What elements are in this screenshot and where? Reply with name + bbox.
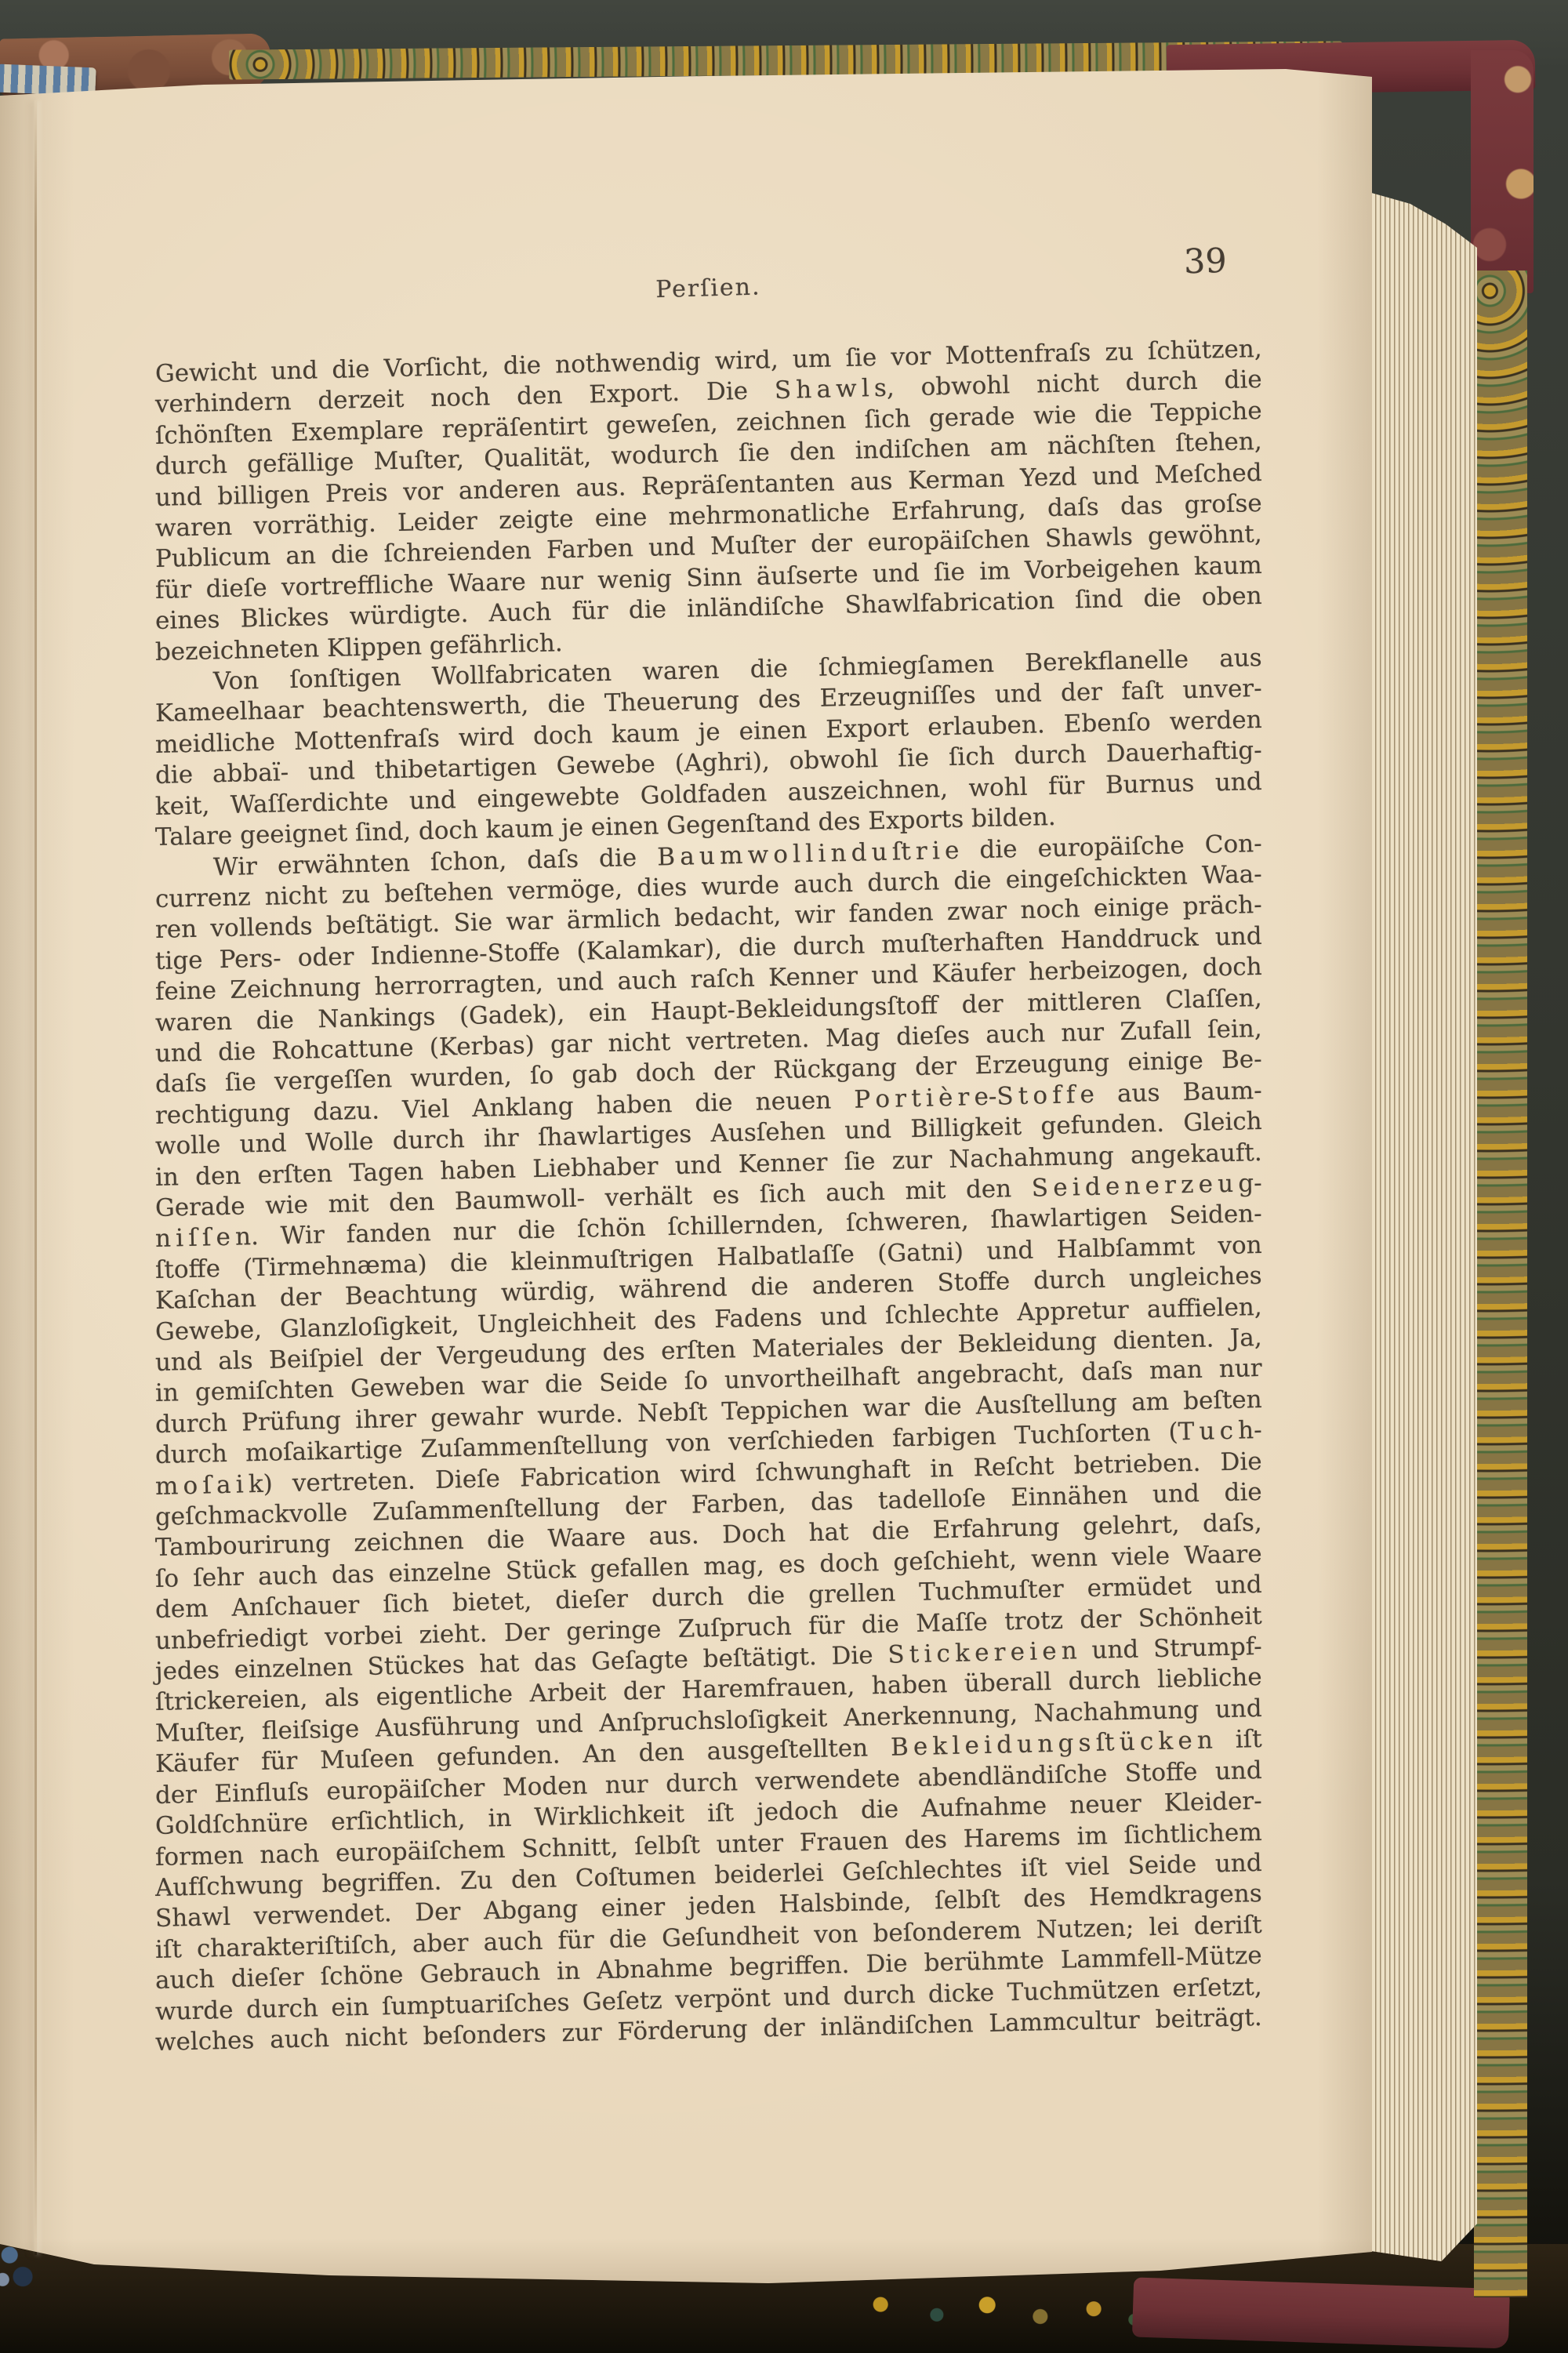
book-cover-top-right-corner — [1471, 50, 1534, 293]
page-number: 39 — [1183, 241, 1227, 282]
endband — [0, 64, 96, 96]
scanned-book-page: Perſien. 39 Gewicht und die Vorſicht, di… — [0, 0, 1568, 2353]
bottom-marbled-edge — [842, 2287, 1156, 2336]
gutter-crease — [34, 100, 37, 2255]
body-text: Gewicht und die Vorſicht, die nothwendig… — [155, 359, 1262, 2058]
running-head-title: Perſien. — [154, 260, 1261, 318]
book-cover-bottom-right — [1132, 2277, 1510, 2348]
page-edge-stack — [1366, 187, 1477, 2282]
bottom-left-marble-fragment — [0, 2239, 42, 2293]
page-text-block: Perſien. 39 Gewicht und die Vorſicht, di… — [155, 267, 1262, 2058]
fore-edge-marble — [1474, 271, 1527, 2297]
